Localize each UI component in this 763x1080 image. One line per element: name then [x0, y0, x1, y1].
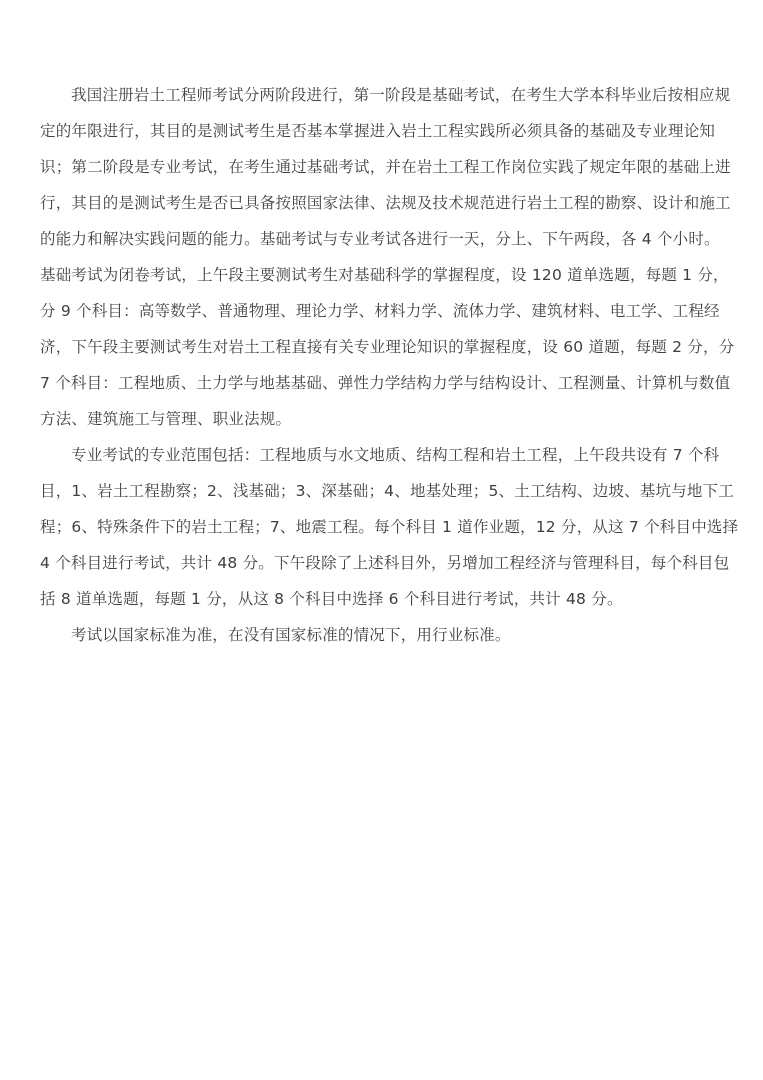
text-line: 4 个科目进行考试，共计 48 分。下午段除了上述科目外，另增加工程经济与管理科…	[40, 545, 728, 581]
paragraph-exam-overview: 我国注册岩土工程师考试分两阶段进行，第一阶段是基础考试，在考生大学本科毕业后按相…	[40, 77, 728, 437]
text-line: 定的年限进行，其目的是测试考生是否基本掌握进入岩土工程实践所必须具备的基础及专业…	[40, 113, 728, 149]
text-line: 基础考试为闭卷考试，上午段主要测试考生对基础科学的掌握程度，设 120 道单选题…	[40, 257, 728, 293]
text-line: 济，下午段主要测试考生对岩土工程直接有关专业理论知识的掌握程度，设 60 道题，…	[40, 329, 728, 365]
document-page: 我国注册岩土工程师考试分两阶段进行，第一阶段是基础考试，在考生大学本科毕业后按相…	[0, 0, 763, 1080]
text-line: 的能力和解决实践问题的能力。基础考试与专业考试各进行一天，分上、下午两段，各 4…	[40, 221, 728, 257]
text-line: 7 个科目：工程地质、土力学与地基基础、弹性力学结构力学与结构设计、工程测量、计…	[40, 365, 728, 401]
text-line: 行，其目的是测试考生是否已具备按照国家法律、法规及技术规范进行岩土工程的勘察、设…	[40, 185, 728, 221]
text-line: 考试以国家标准为准，在没有国家标准的情况下，用行业标准。	[40, 617, 728, 653]
text-line: 分 9 个科目：高等数学、普通物理、理论力学、材料力学、流体力学、建筑材料、电工…	[40, 293, 728, 329]
text-line: 我国注册岩土工程师考试分两阶段进行，第一阶段是基础考试，在考生大学本科毕业后按相…	[40, 77, 728, 113]
text-line: 专业考试的专业范围包括：工程地质与水文地质、结构工程和岩土工程，上午段共设有 7…	[40, 437, 728, 473]
text-line: 程；6、特殊条件下的岩土工程；7、地震工程。每个科目 1 道作业题，12 分，从…	[40, 509, 728, 545]
text-line: 目，1、岩土工程勘察；2、浅基础；3、深基础；4、地基处理；5、土工结构、边坡、…	[40, 473, 728, 509]
text-line: 方法、建筑施工与管理、职业法规。	[40, 401, 728, 437]
text-line: 识；第二阶段是专业考试，在考生通过基础考试，并在岩土工程工作岗位实践了规定年限的…	[40, 149, 728, 185]
paragraph-standards-note: 考试以国家标准为准，在没有国家标准的情况下，用行业标准。	[40, 617, 728, 653]
paragraph-professional-exam-scope: 专业考试的专业范围包括：工程地质与水文地质、结构工程和岩土工程，上午段共设有 7…	[40, 437, 728, 617]
text-line: 括 8 道单选题，每题 1 分，从这 8 个科目中选择 6 个科目进行考试，共计…	[40, 581, 728, 617]
